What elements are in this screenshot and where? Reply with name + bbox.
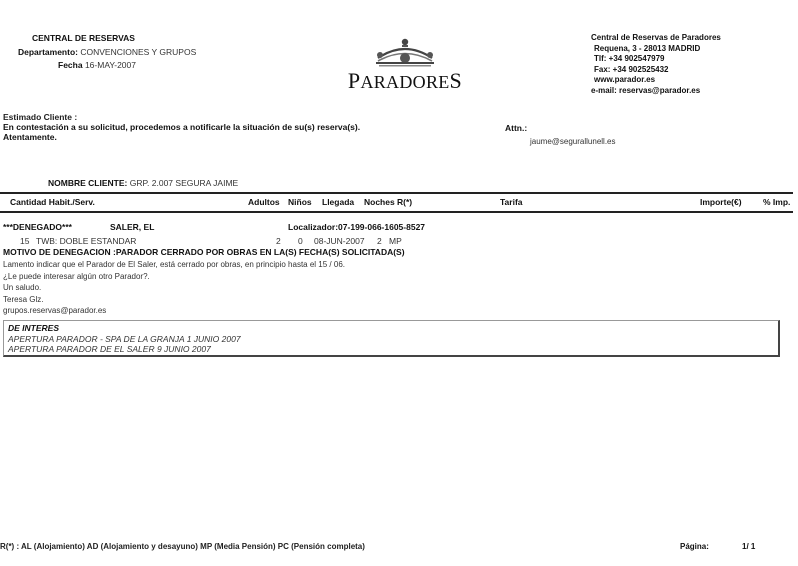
- salutation: Estimado Cliente :: [3, 112, 360, 122]
- message-line: Un saludo.: [3, 282, 345, 294]
- message-email[interactable]: grupos.reservas@parador.es: [3, 305, 345, 317]
- col-header-regime: R(*): [397, 197, 412, 207]
- regime-legend: R(*) : AL (Alojamiento) AD (Alojamiento …: [0, 542, 365, 551]
- col-header-adults: Adultos: [248, 197, 280, 207]
- col-header-rate: Tarifa: [500, 197, 523, 207]
- crown-icon: [374, 38, 436, 68]
- locator: Localizador:07-199-066-1605-8527: [288, 222, 425, 232]
- contact-block: Central de Reservas de Paradores Requena…: [591, 33, 721, 97]
- board-regime: MP: [389, 236, 402, 246]
- hotel-name: SALER, EL: [110, 222, 154, 232]
- department: Departamento: CONVENCIONES Y GRUPOS: [18, 47, 196, 57]
- message-line: Teresa Glz.: [3, 294, 345, 306]
- children-count: 0: [298, 236, 303, 246]
- contact-phone: Tlf: +34 902547979: [591, 54, 721, 65]
- col-header-children: Niños: [288, 197, 312, 207]
- contact-address: Requena, 3 - 28013 MADRID: [591, 44, 721, 55]
- document-date: Fecha 16-MAY-2007: [58, 60, 136, 70]
- paradores-logo: PARADORES: [340, 38, 470, 90]
- contact-org: Central de Reservas de Paradores: [591, 33, 721, 44]
- interest-line: APERTURA PARADOR DE EL SALER 9 JUNIO 200…: [8, 344, 211, 354]
- message-line: ¿Le puede interesar algún otro Parador?.: [3, 271, 345, 283]
- date-value: 16-MAY-2007: [85, 60, 136, 70]
- col-header-nights: Noches: [364, 197, 395, 207]
- contact-email[interactable]: e-mail: reservas@parador.es: [591, 86, 721, 97]
- denial-message: Lamento indicar que el Parador de El Sal…: [3, 259, 345, 317]
- interest-line: APERTURA PARADOR - SPA DE LA GRANJA 1 JU…: [8, 334, 241, 344]
- client-label: NOMBRE CLIENTE:: [48, 178, 127, 188]
- closing: Atentamente.: [3, 132, 360, 142]
- col-header-amount: Importe(€): [700, 197, 742, 207]
- col-header-quantity: Cantidad Habit./Serv.: [10, 197, 95, 207]
- date-label: Fecha: [58, 60, 83, 70]
- contact-web[interactable]: www.parador.es: [591, 75, 721, 86]
- document-title: CENTRAL DE RESERVAS: [32, 33, 135, 43]
- nights-count: 2: [377, 236, 382, 246]
- adults-count: 2: [276, 236, 281, 246]
- col-header-arrival: Llegada: [322, 197, 354, 207]
- arrival-date: 08-JUN-2007: [314, 236, 365, 246]
- interest-box: DE INTERES APERTURA PARADOR - SPA DE LA …: [3, 320, 780, 357]
- contact-fax: Fax: +34 902525432: [591, 65, 721, 76]
- logo-wordmark: PARADORES: [344, 68, 466, 94]
- department-label: Departamento:: [18, 47, 78, 57]
- col-header-percent: % Imp.: [763, 197, 790, 207]
- status-badge: ***DENEGADO***: [3, 222, 72, 232]
- page-number: 1/ 1: [742, 542, 755, 551]
- attn-label: Attn.:: [505, 123, 527, 133]
- attn-email[interactable]: jaume@segurallunell.es: [530, 137, 616, 146]
- department-value: CONVENCIONES Y GRUPOS: [80, 47, 196, 57]
- client-name: NOMBRE CLIENTE: GRP. 2.007 SEGURA JAIME: [48, 178, 238, 188]
- page-label: Página:: [680, 542, 709, 551]
- message-line: Lamento indicar que el Parador de El Sal…: [3, 259, 345, 271]
- room-type: TWB: DOBLE ESTANDAR: [36, 236, 136, 246]
- table-top-rule: [0, 192, 793, 194]
- greeting-body: En contestación a su solicitud, procedem…: [3, 122, 360, 132]
- interest-title: DE INTERES: [8, 323, 59, 333]
- room-quantity: 15: [20, 236, 29, 246]
- client-value: GRP. 2.007 SEGURA JAIME: [130, 178, 239, 188]
- table-header-rule: [0, 211, 793, 213]
- greeting: Estimado Cliente : En contestación a su …: [3, 112, 360, 142]
- denial-reason: MOTIVO DE DENEGACION :PARADOR CERRADO PO…: [3, 247, 405, 257]
